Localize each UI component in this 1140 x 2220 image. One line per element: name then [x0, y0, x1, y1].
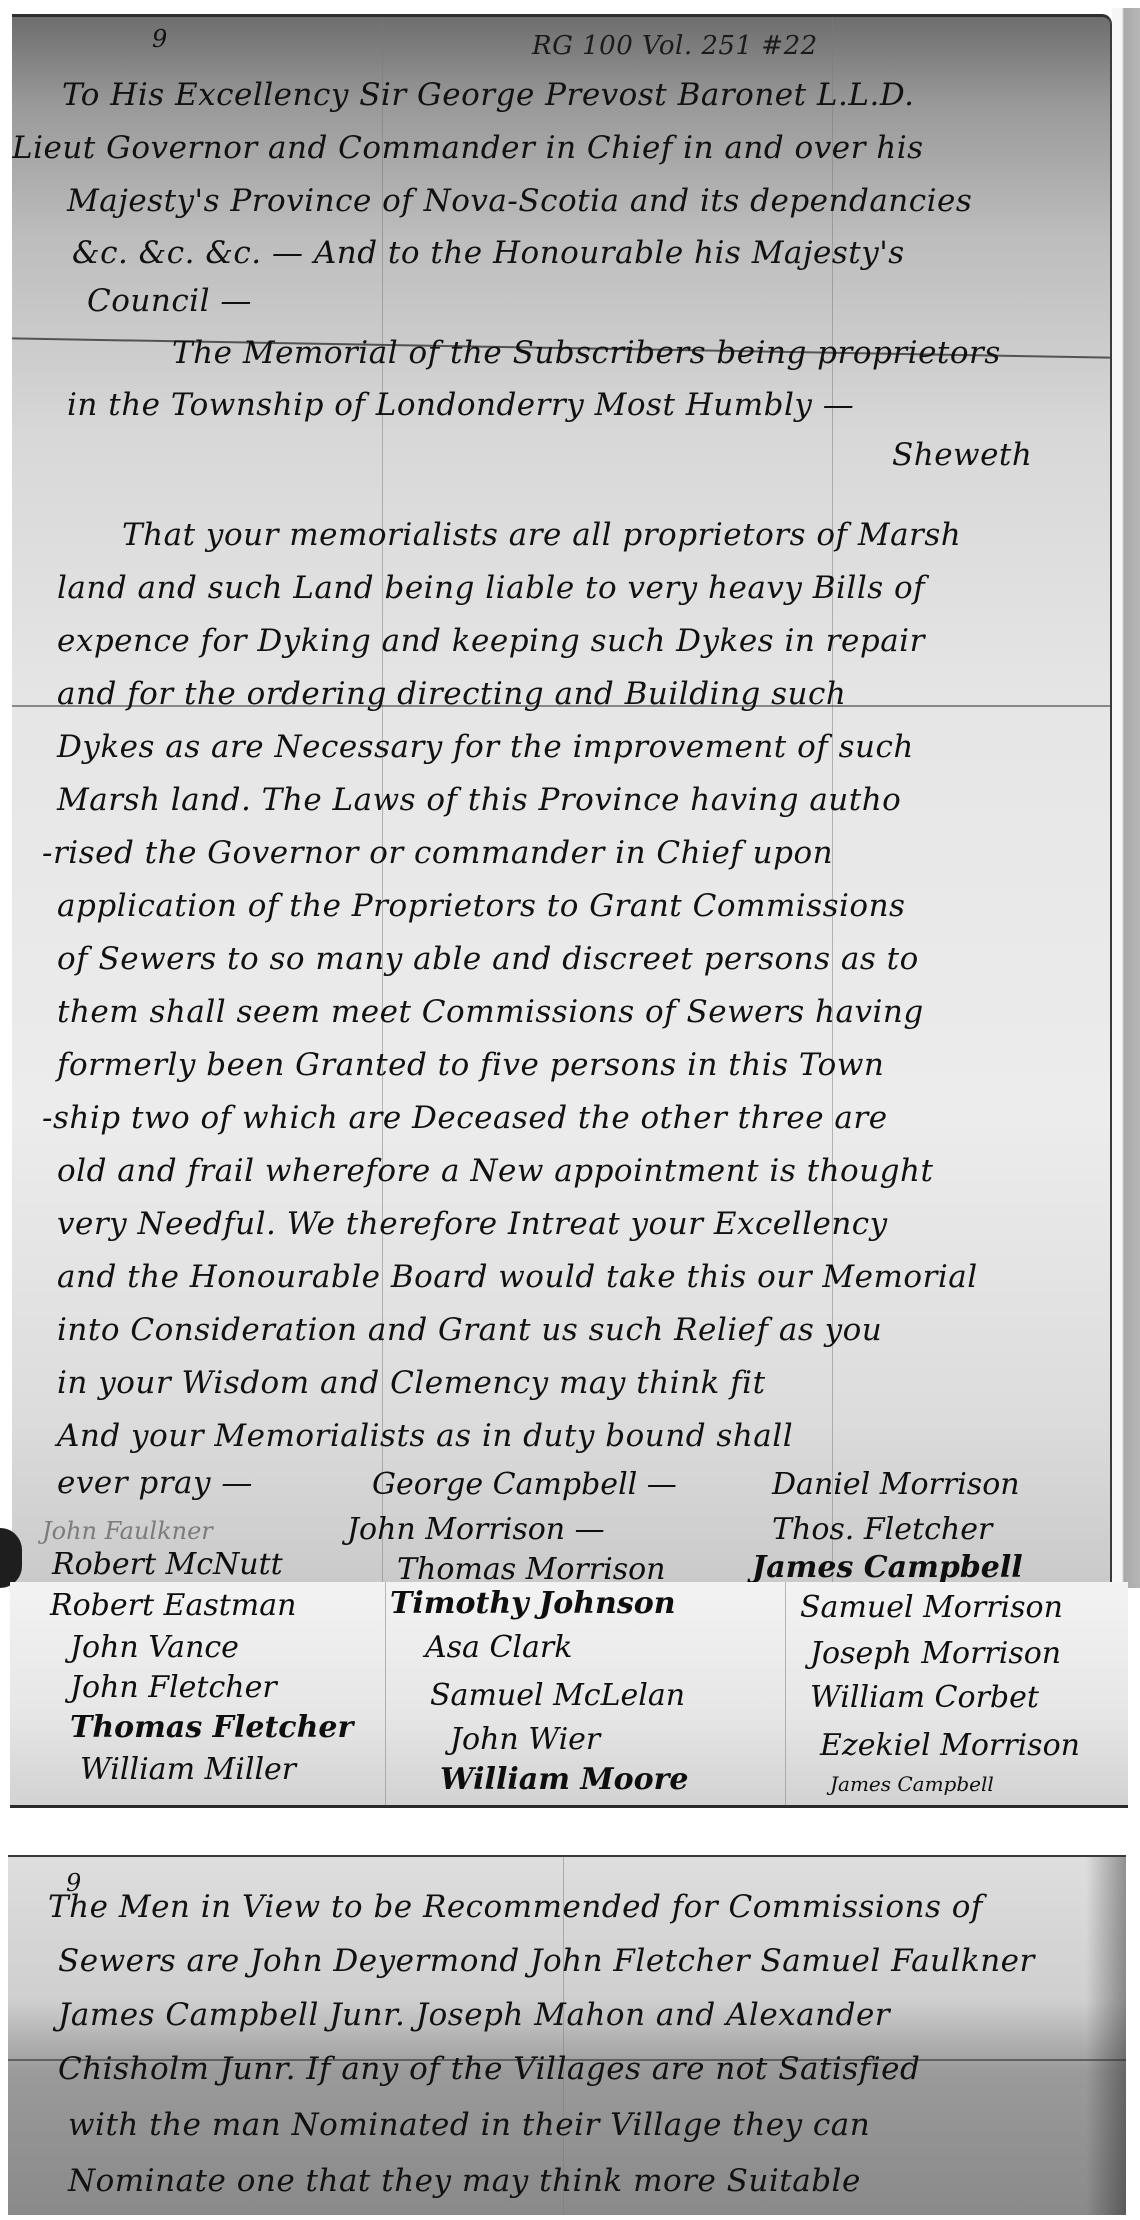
- postscript-line: with the man Nominated in their Village …: [68, 2107, 870, 2143]
- signature: William Corbet: [810, 1680, 1039, 1715]
- postscript-line: Chisholm Junr. If any of the Villages ar…: [58, 2051, 920, 2087]
- body-line: Dykes as are Necessary for the improveme…: [57, 729, 914, 765]
- body-line: -rised the Governor or commander in Chie…: [42, 835, 833, 871]
- body-line: That your memorialists are all proprieto…: [122, 517, 961, 553]
- body-line: and for the ordering directing and Build…: [57, 676, 846, 712]
- postscript-line: James Campbell Junr. Joseph Mahon and Al…: [58, 1997, 890, 2033]
- signature: James Campbell: [752, 1550, 1023, 1585]
- signature: John Morrison —: [347, 1512, 605, 1547]
- address-line: Council —: [87, 283, 252, 319]
- body-line: And your Memorialists as in duty bound s…: [57, 1418, 793, 1454]
- address-line: &c. &c. &c. — And to the Honourable his …: [72, 235, 905, 271]
- signature: James Campbell: [830, 1772, 994, 1796]
- postscript-line: Nominate one that they may think more Su…: [68, 2163, 861, 2199]
- signature: William Miller: [80, 1752, 296, 1787]
- sheweth-heading: Sheweth: [892, 437, 1032, 473]
- address-line: Lieut Governor and Commander in Chief in…: [12, 130, 924, 166]
- signature: John Vance: [70, 1630, 239, 1665]
- body-line: Marsh land. The Laws of this Province ha…: [57, 782, 901, 818]
- signature: Timothy Johnson: [390, 1586, 676, 1621]
- body-line: -ship two of which are Deceased the othe…: [42, 1100, 888, 1136]
- postscript-line: The Men in View to be Recommended for Co…: [48, 1889, 983, 1925]
- body-line: of Sewers to so many able and discreet p…: [57, 941, 919, 977]
- signature: Ezekiel Morrison: [820, 1728, 1080, 1763]
- fold-line: [785, 1582, 786, 1805]
- body-line: and the Honourable Board would take this…: [57, 1259, 978, 1295]
- address-line: Majesty's Province of Nova-Scotia and it…: [67, 183, 972, 219]
- signature: William Moore: [440, 1762, 689, 1797]
- body-line: formerly been Granted to five persons in…: [57, 1047, 884, 1083]
- signature: John Fletcher: [70, 1670, 277, 1705]
- body-line: old and frail wherefore a New appointmen…: [57, 1153, 933, 1189]
- archive-reference: RG 100 Vol. 251 #22: [532, 31, 818, 61]
- scanned-document: 9 RG 100 Vol. 251 #22 To His Excellency …: [0, 0, 1140, 2220]
- signature: Asa Clark: [425, 1630, 572, 1665]
- body-line: expence for Dyking and keeping such Dyke…: [57, 623, 925, 659]
- postscript-line: Sewers are John Deyermond John Fletcher …: [58, 1943, 1035, 1979]
- memorial-heading: The Memorial of the Subscribers being pr…: [172, 335, 1001, 371]
- signature-faint: John Faulkner: [42, 1517, 213, 1545]
- signature: Robert Eastman: [50, 1588, 296, 1623]
- body-line: in your Wisdom and Clemency may think fi…: [57, 1365, 766, 1401]
- page-mount-edge: [1112, 8, 1140, 1588]
- body-line: land and such Land being liable to very …: [57, 570, 925, 606]
- signature: George Campbell —: [372, 1467, 677, 1502]
- body-line: application of the Proprietors to Grant …: [57, 888, 905, 924]
- signature: Samuel Morrison: [800, 1590, 1063, 1625]
- memorial-heading: in the Township of Londonderry Most Humb…: [67, 387, 854, 423]
- page-shadow: [1086, 1857, 1126, 2215]
- signature: Thos. Fletcher: [772, 1512, 992, 1547]
- postscript-page: 9 The Men in View to be Recommended for …: [8, 1855, 1126, 2215]
- signature: Thomas Fletcher: [70, 1710, 353, 1745]
- signature: Joseph Morrison: [810, 1636, 1061, 1671]
- signature: John Wier: [450, 1722, 600, 1757]
- body-line: ever pray —: [57, 1465, 253, 1501]
- body-line: into Consideration and Grant us such Rel…: [57, 1312, 882, 1348]
- page-marker: 9: [152, 25, 168, 53]
- signature: Robert McNutt: [52, 1547, 283, 1582]
- memorial-page: 9 RG 100 Vol. 251 #22 To His Excellency …: [12, 14, 1112, 1589]
- address-line: To His Excellency Sir George Prevost Bar…: [62, 77, 914, 113]
- signature: Samuel McLelan: [430, 1678, 685, 1713]
- body-line: very Needful. We therefore Intreat your …: [57, 1206, 888, 1242]
- body-line: them shall seem meet Commissions of Sewe…: [57, 994, 924, 1030]
- signatures-strip: Robert Eastman John Vance John Fletcher …: [10, 1582, 1128, 1808]
- signature: Daniel Morrison: [772, 1467, 1020, 1502]
- fold-line: [385, 1582, 386, 1805]
